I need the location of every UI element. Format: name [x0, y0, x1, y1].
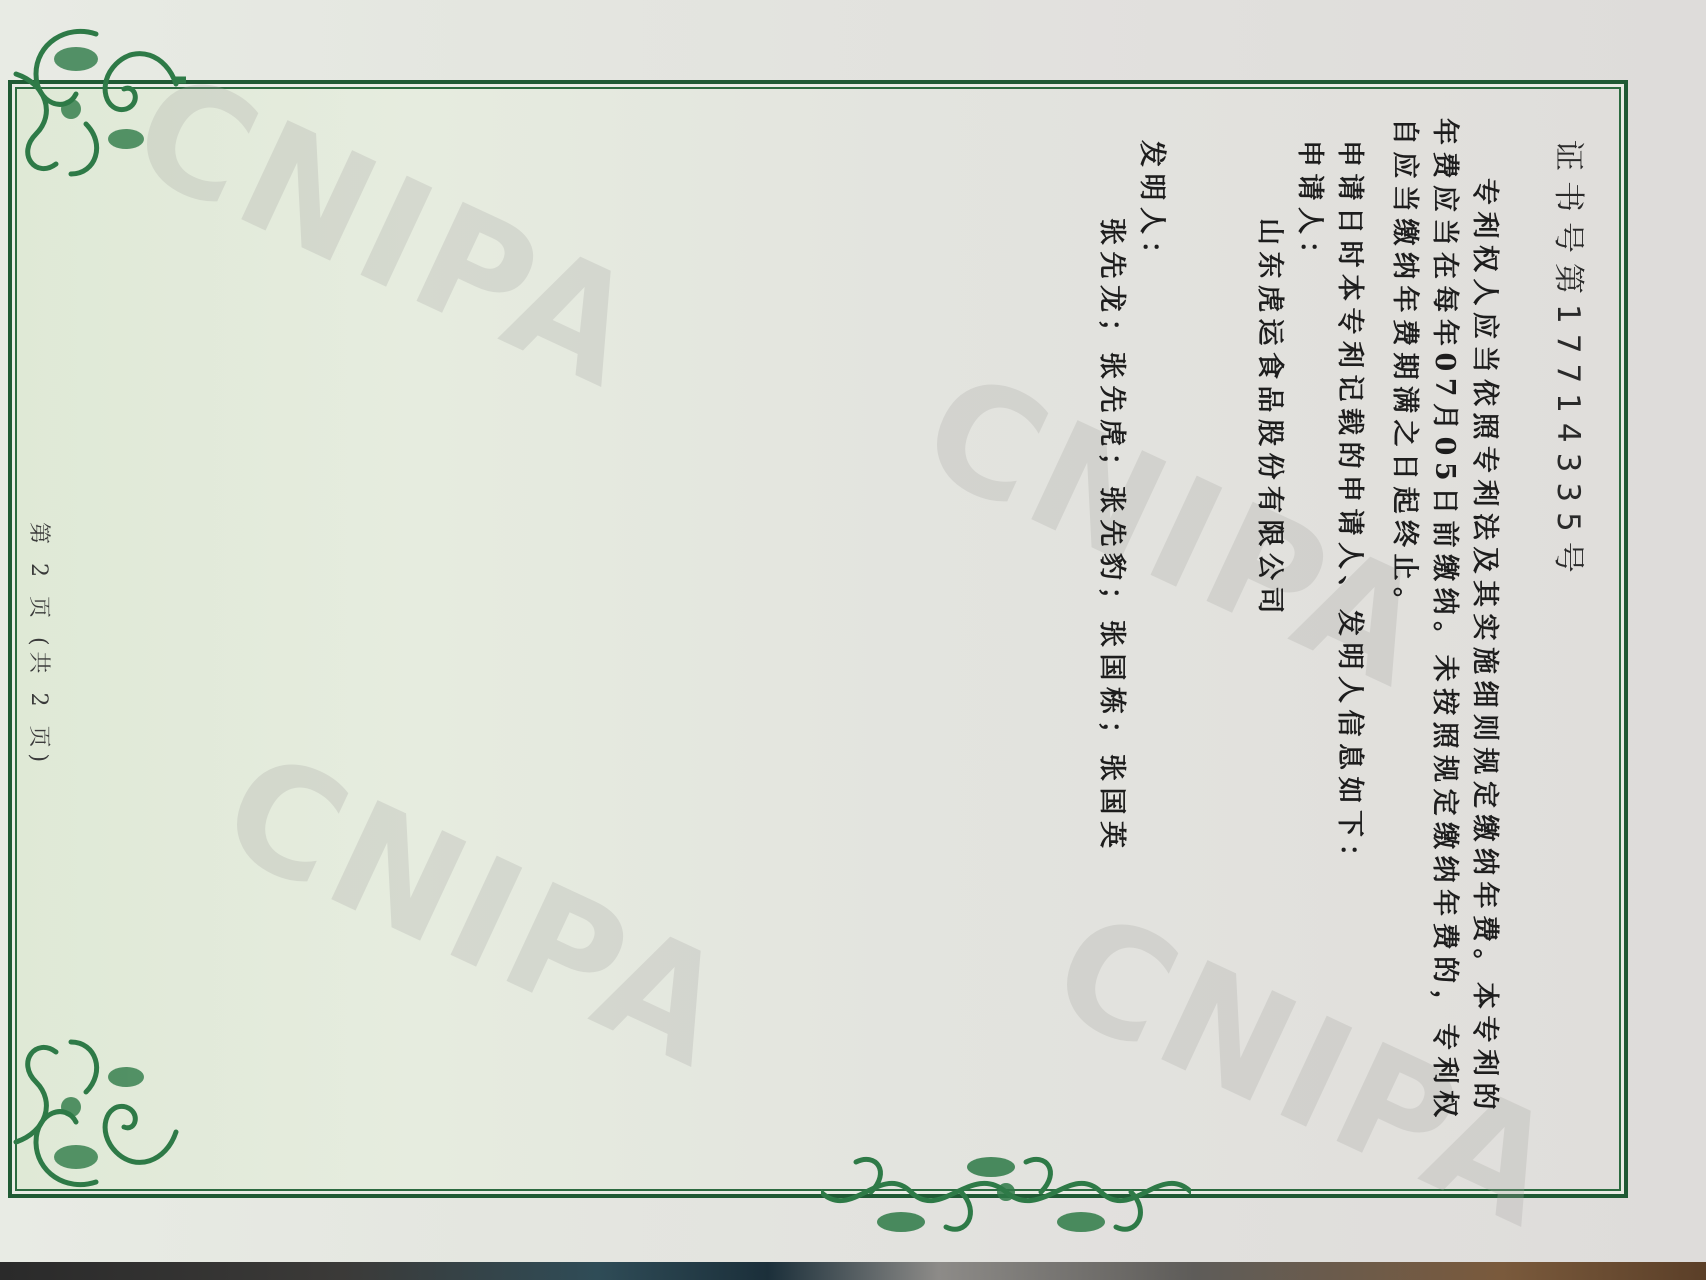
certificate-number: 证书号第17714335号: [1549, 140, 1594, 583]
annual-fee-notice: 专利权人应当依照专利法及其实施细则规定缴纳年费。本专利的年费应当在每年07月05…: [1384, 118, 1504, 1128]
watermark: CNIPA: [108, 39, 665, 422]
inventor-label: 发明人：: [1135, 140, 1174, 274]
applicant-label: 申请人：: [1293, 140, 1332, 274]
corner-ornament-icon: [6, 1022, 186, 1202]
desk-surface: [0, 1262, 1706, 1280]
applicant-name: 山东虎运食品股份有限公司: [1253, 218, 1292, 620]
certificate-page: CNIPA CNIPA CNIPA CNIPA: [6, 22, 1706, 1202]
inventor-names: 张先龙；张先虎；张先豹；张国栋；张国英: [1095, 218, 1134, 855]
watermark: CNIPA: [198, 719, 755, 1102]
page-number: 第 2 页 (共 2 页): [25, 522, 56, 768]
corner-ornament-icon: [6, 14, 186, 194]
applicant-inventor-intro: 申请日时本专利记载的申请人、发明人信息如下：: [1333, 140, 1372, 877]
side-ornament-icon: [821, 1142, 1191, 1252]
watermark: CNIPA: [898, 339, 1455, 722]
